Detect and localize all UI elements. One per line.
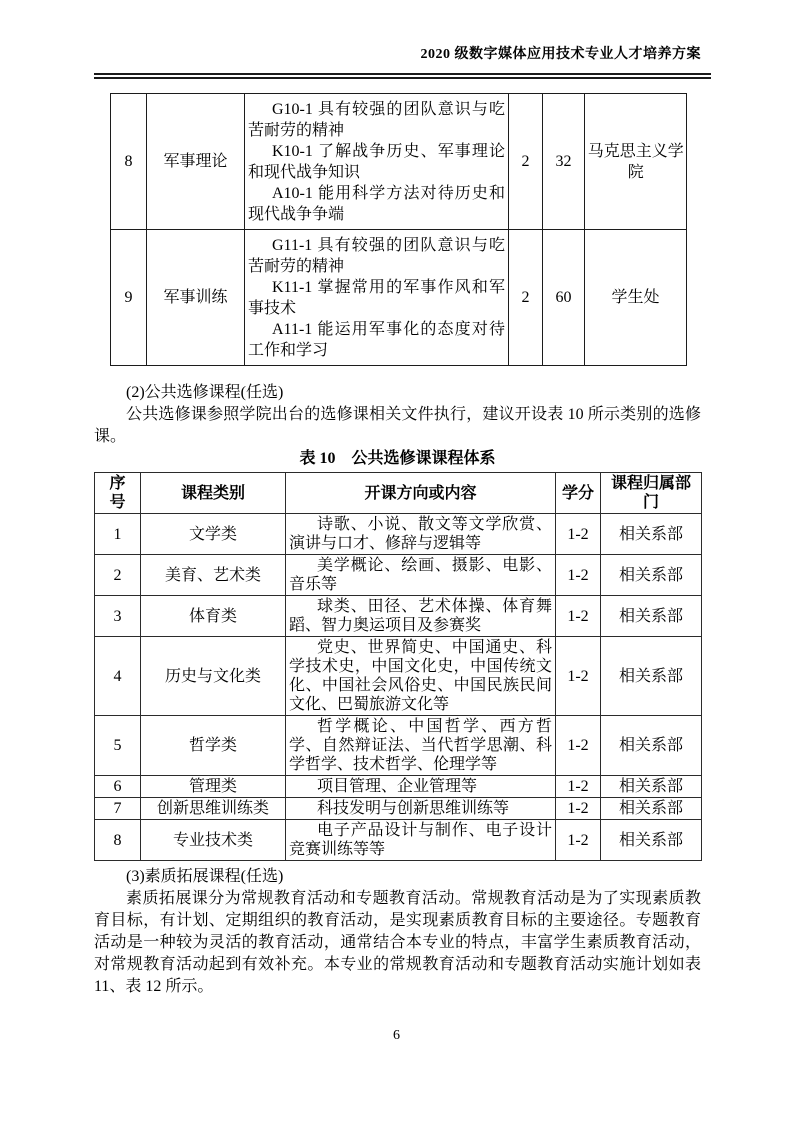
cell-credits: 1-2 — [556, 820, 601, 861]
cell-index: 6 — [95, 776, 141, 798]
objective-line: K11-1 掌握常用的军事作风和军事技术 — [248, 277, 505, 319]
carryover-table-wrap: 8 军事理论 G10-1 具有较强的团队意识与吃苦耐劳的精神 K10-1 了解战… — [110, 93, 701, 366]
cell-content: 项目管理、企业管理等 — [286, 776, 556, 798]
cell-department: 相关系部 — [601, 555, 702, 596]
cell-credits: 1-2 — [556, 716, 601, 776]
cell-content: 党史、世界简史、中国通史、科学技术史，中国文化史，中国传统文化、中国社会风俗史、… — [286, 637, 556, 716]
cell-credits: 1-2 — [556, 596, 601, 637]
cell-content: 美学概论、绘画、摄影、电影、音乐等 — [286, 555, 556, 596]
objective-line: K10-1 了解战争历史、军事理论和现代战争知识 — [248, 141, 505, 183]
cell-objectives: G11-1 具有较强的团队意识与吃苦耐劳的精神 K11-1 掌握常用的军事作风和… — [245, 230, 509, 366]
cell-credits: 1-2 — [556, 776, 601, 798]
cell-content: 电子产品设计与制作、电子设计竞赛训练等等 — [286, 820, 556, 861]
table-header-row: 序号 课程类别 开课方向或内容 学分 课程归属部门 — [95, 473, 702, 514]
carryover-course-table: 8 军事理论 G10-1 具有较强的团队意识与吃苦耐劳的精神 K10-1 了解战… — [110, 93, 687, 366]
table-row: 8 军事理论 G10-1 具有较强的团队意识与吃苦耐劳的精神 K10-1 了解战… — [111, 94, 687, 230]
content-text: 党史、世界简史、中国通史、科学技术史，中国文化史，中国传统文化、中国社会风俗史、… — [289, 638, 552, 714]
column-header-category: 课程类别 — [141, 473, 286, 514]
table-row: 3 体育类 球类、田径、艺术体操、体育舞蹈、智力奥运项目及参赛奖 1-2 相关系… — [95, 596, 702, 637]
cell-department: 相关系部 — [601, 514, 702, 555]
cell-hours: 32 — [543, 94, 585, 230]
section-paragraph-elective: 公共选修课参照学院出台的选修课相关文件执行，建议开设表 10 所示类别的选修课。 — [94, 404, 701, 448]
document-page: 2020 级数字媒体应用技术专业人才培养方案 8 军事理论 G10-1 具有较强… — [0, 0, 793, 1122]
section-heading-quality: (3)素质拓展课程(任选) — [94, 866, 701, 888]
cell-hours: 60 — [543, 230, 585, 366]
content-text: 美学概论、绘画、摄影、电影、音乐等 — [289, 556, 552, 594]
cell-credits: 1-2 — [556, 637, 601, 716]
cell-department: 相关系部 — [601, 776, 702, 798]
cell-category: 管理类 — [141, 776, 286, 798]
objective-line: A10-1 能用科学方法对待历史和现代战争争端 — [248, 183, 505, 225]
cell-category: 哲学类 — [141, 716, 286, 776]
cell-credits: 2 — [509, 230, 543, 366]
cell-department: 相关系部 — [601, 798, 702, 820]
column-header-text: 序号 — [108, 474, 127, 512]
content-text: 诗歌、小说、散文等文学欣赏、演讲与口才、修辞与逻辑等 — [289, 515, 552, 553]
cell-department: 相关系部 — [601, 637, 702, 716]
cell-credits: 1-2 — [556, 514, 601, 555]
cell-index: 4 — [95, 637, 141, 716]
cell-course-name: 军事训练 — [147, 230, 245, 366]
cell-index: 1 — [95, 514, 141, 555]
cell-department: 相关系部 — [601, 596, 702, 637]
cell-course-name: 军事理论 — [147, 94, 245, 230]
content-text: 哲学概论、中国哲学、西方哲学、自然辩证法、当代哲学思潮、科学哲学、技术哲学、伦理… — [289, 717, 552, 774]
table-row: 5 哲学类 哲学概论、中国哲学、西方哲学、自然辩证法、当代哲学思潮、科学哲学、技… — [95, 716, 702, 776]
department-text: 马克思主义学院 — [587, 141, 685, 183]
elective-course-table: 序号 课程类别 开课方向或内容 学分 课程归属部门 1 文学类 诗歌、小说、散文… — [94, 472, 702, 861]
cell-department: 相关系部 — [601, 820, 702, 861]
objective-line: A11-1 能运用军事化的态度对待工作和学习 — [248, 319, 505, 361]
cell-content: 球类、田径、艺术体操、体育舞蹈、智力奥运项目及参赛奖 — [286, 596, 556, 637]
cell-credits: 1-2 — [556, 555, 601, 596]
page-header-title: 2020 级数字媒体应用技术专业人才培养方案 — [94, 46, 701, 64]
cell-content: 诗歌、小说、散文等文学欣赏、演讲与口才、修辞与逻辑等 — [286, 514, 556, 555]
cell-category: 美育、艺术类 — [141, 555, 286, 596]
cell-index: 2 — [95, 555, 141, 596]
column-header-text: 课程归属部门 — [610, 474, 692, 512]
content-text: 科技发明与创新思维训练等 — [289, 799, 552, 818]
content-text: 球类、田径、艺术体操、体育舞蹈、智力奥运项目及参赛奖 — [289, 597, 552, 635]
table-row: 1 文学类 诗歌、小说、散文等文学欣赏、演讲与口才、修辞与逻辑等 1-2 相关系… — [95, 514, 702, 555]
cell-category: 专业技术类 — [141, 820, 286, 861]
cell-category: 创新思维训练类 — [141, 798, 286, 820]
cell-content: 科技发明与创新思维训练等 — [286, 798, 556, 820]
content-text: 电子产品设计与制作、电子设计竞赛训练等等 — [289, 821, 552, 859]
table-row: 8 专业技术类 电子产品设计与制作、电子设计竞赛训练等等 1-2 相关系部 — [95, 820, 702, 861]
cell-category: 体育类 — [141, 596, 286, 637]
header-double-rule — [94, 73, 711, 79]
table-row: 4 历史与文化类 党史、世界简史、中国通史、科学技术史，中国文化史，中国传统文化… — [95, 637, 702, 716]
cell-category: 历史与文化类 — [141, 637, 286, 716]
page-number: 6 — [0, 1028, 793, 1044]
table-row: 2 美育、艺术类 美学概论、绘画、摄影、电影、音乐等 1-2 相关系部 — [95, 555, 702, 596]
cell-content: 哲学概论、中国哲学、西方哲学、自然辩证法、当代哲学思潮、科学哲学、技术哲学、伦理… — [286, 716, 556, 776]
section-paragraph-quality: 素质拓展课分为常规教育活动和专题教育活动。常规教育活动是为了实现素质教育目标，有… — [94, 888, 701, 998]
column-header-content: 开课方向或内容 — [286, 473, 556, 514]
cell-category: 文学类 — [141, 514, 286, 555]
content-text: 项目管理、企业管理等 — [289, 777, 552, 796]
cell-index: 8 — [111, 94, 147, 230]
cell-index: 9 — [111, 230, 147, 366]
column-header-department: 课程归属部门 — [601, 473, 702, 514]
table-row: 7 创新思维训练类 科技发明与创新思维训练等 1-2 相关系部 — [95, 798, 702, 820]
table10-caption: 表 10 公共选修课课程体系 — [94, 449, 701, 469]
cell-objectives: G10-1 具有较强的团队意识与吃苦耐劳的精神 K10-1 了解战争历史、军事理… — [245, 94, 509, 230]
table-row: 6 管理类 项目管理、企业管理等 1-2 相关系部 — [95, 776, 702, 798]
column-header-index: 序号 — [95, 473, 141, 514]
cell-department: 马克思主义学院 — [585, 94, 687, 230]
objective-line: G10-1 具有较强的团队意识与吃苦耐劳的精神 — [248, 99, 505, 141]
cell-index: 7 — [95, 798, 141, 820]
cell-department: 学生处 — [585, 230, 687, 366]
cell-index: 3 — [95, 596, 141, 637]
section-heading-elective: (2)公共选修课程(任选) — [94, 382, 701, 404]
page-content: 2020 级数字媒体应用技术专业人才培养方案 8 军事理论 G10-1 具有较强… — [94, 46, 701, 998]
table-row: 9 军事训练 G11-1 具有较强的团队意识与吃苦耐劳的精神 K11-1 掌握常… — [111, 230, 687, 366]
column-header-credits: 学分 — [556, 473, 601, 514]
cell-credits: 2 — [509, 94, 543, 230]
cell-index: 8 — [95, 820, 141, 861]
cell-index: 5 — [95, 716, 141, 776]
cell-credits: 1-2 — [556, 798, 601, 820]
cell-department: 相关系部 — [601, 716, 702, 776]
objective-line: G11-1 具有较强的团队意识与吃苦耐劳的精神 — [248, 235, 505, 277]
